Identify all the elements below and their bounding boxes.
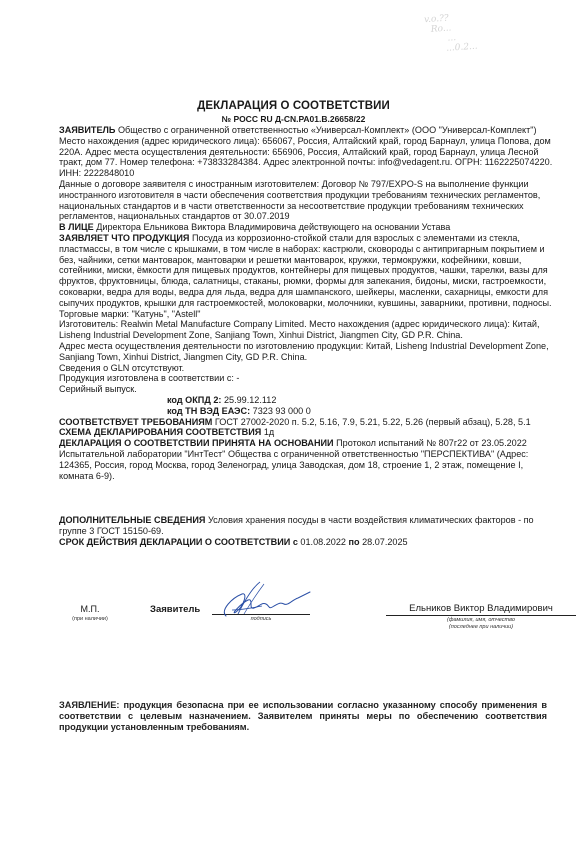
- document-title: ДЕКЛАРАЦИЯ О СООТВЕТСТВИИ: [0, 100, 587, 112]
- name-note-line-2: (последнее при наличии): [386, 624, 576, 631]
- document-body: ЗАЯВИТЕЛЬ Общество с ограниченной ответс…: [59, 125, 559, 548]
- requirements-section: СООТВЕТСТВУЕТ ТРЕБОВАНИЯМ ГОСТ 27002-202…: [59, 417, 559, 428]
- product-section: ЗАЯВЛЯЕТ ЧТО ПРОДУКЦИЯ Посуда из коррози…: [59, 233, 559, 319]
- additional-label: ДОПОЛНИТЕЛЬНЫЕ СВЕДЕНИЯ: [59, 515, 205, 525]
- requirements-label: СООТВЕТСТВУЕТ ТРЕБОВАНИЯМ: [59, 417, 212, 427]
- product-text: Посуда из коррозионно-стойкой стали для …: [59, 233, 552, 319]
- statement-label: ЗАЯВЛЕНИЕ:: [59, 700, 119, 710]
- manufacturer: Изготовитель: Realwin Metal Manufacture …: [59, 319, 559, 341]
- handwritten-signature-icon: [218, 580, 313, 622]
- applicant-contract: Данные о договоре заявителя с иностранны…: [59, 179, 559, 222]
- production-address: Адрес места осуществления деятельности п…: [59, 341, 559, 363]
- made-per: Продукция изготовлена в соответствии с: …: [59, 373, 559, 384]
- represented-by-section: В ЛИЦЕ Директора Ельникова Виктора Влади…: [59, 222, 559, 233]
- basis-label: ДЕКЛАРАЦИЯ О СООТВЕТСТВИИ ПРИНЯТА НА ОСН…: [59, 438, 334, 448]
- tn-label: код ТН ВЭД ЕАЭС:: [167, 406, 250, 416]
- represented-by-label: В ЛИЦЕ: [59, 222, 94, 232]
- validity-to: 28.07.2025: [362, 537, 408, 547]
- validity-from: 01.08.2022: [300, 537, 346, 547]
- stamp-note: (при наличии): [56, 616, 124, 622]
- stamp-label: М.П.: [60, 604, 120, 614]
- okpd-code: код ОКПД 2: 25.99.12.112: [167, 395, 559, 406]
- validity-to-word: по: [348, 537, 359, 547]
- spacer: [59, 481, 559, 515]
- validity-label: СРОК ДЕЙСТВИЯ ДЕКЛАРАЦИИ О СООТВЕТСТВИИ: [59, 537, 290, 547]
- validity-from-word: с: [293, 537, 298, 547]
- name-line: [386, 615, 576, 616]
- signature-block: М.П. (при наличии) Заявитель подпись Ель…: [0, 600, 587, 640]
- requirements-text: ГОСТ 27002-2020 п. 5.2, 5.16, 7.9, 5.21,…: [215, 417, 531, 427]
- signatory-full-name: Ельников Виктор Владимирович: [386, 603, 576, 614]
- okpd-value: 25.99.12.112: [224, 395, 276, 405]
- represented-by-text: Директора Ельникова Виктора Владимирович…: [96, 222, 450, 232]
- applicant-name: Общество с ограниченной ответственностью…: [118, 125, 537, 135]
- signatory-label: Заявитель: [150, 604, 200, 615]
- okpd-label: код ОКПД 2:: [167, 395, 221, 405]
- scheme-value: 1д: [264, 427, 274, 437]
- applicant-address: Место нахождения (адрес юридического лиц…: [59, 136, 559, 179]
- release-type: Серийный выпуск.: [59, 384, 559, 395]
- name-note: (фамилия, имя, отчество (последнее при н…: [386, 617, 576, 630]
- applicant-section: ЗАЯВИТЕЛЬ Общество с ограниченной ответс…: [59, 125, 559, 136]
- tn-code: код ТН ВЭД ЕАЭС: 7323 93 000 0: [167, 406, 559, 417]
- scheme-label: СХЕМА ДЕКЛАРИРОВАНИЯ СООТВЕТСТВИЯ: [59, 427, 261, 437]
- scheme-section: СХЕМА ДЕКЛАРИРОВАНИЯ СООТВЕТСТВИЯ 1д: [59, 427, 559, 438]
- basis-section: ДЕКЛАРАЦИЯ О СООТВЕТСТВИИ ПРИНЯТА НА ОСН…: [59, 438, 559, 481]
- gln-info: Сведения о GLN отсутствуют.: [59, 363, 559, 374]
- declaration-page: v.o.?? Ro... ... ...0.2... ДЕКЛАРАЦИЯ О …: [0, 0, 587, 866]
- validity-section: СРОК ДЕЙСТВИЯ ДЕКЛАРАЦИИ О СООТВЕТСТВИИ …: [59, 537, 559, 548]
- product-label: ЗАЯВЛЯЕТ ЧТО ПРОДУКЦИЯ: [59, 233, 189, 243]
- document-number: № РОСС RU Д-CN.РА01.В.26658/22: [0, 114, 587, 124]
- statement-text: продукция безопасна при ее использовании…: [59, 700, 547, 732]
- applicant-label: ЗАЯВИТЕЛЬ: [59, 125, 115, 135]
- additional-section: ДОПОЛНИТЕЛЬНЫЕ СВЕДЕНИЯ Условия хранения…: [59, 515, 559, 537]
- statement-section: ЗАЯВЛЕНИЕ: продукция безопасна при ее ис…: [59, 700, 547, 733]
- handwritten-note: v.o.?? Ro... ... ...0.2...: [424, 5, 576, 55]
- tn-value: 7323 93 000 0: [253, 406, 311, 416]
